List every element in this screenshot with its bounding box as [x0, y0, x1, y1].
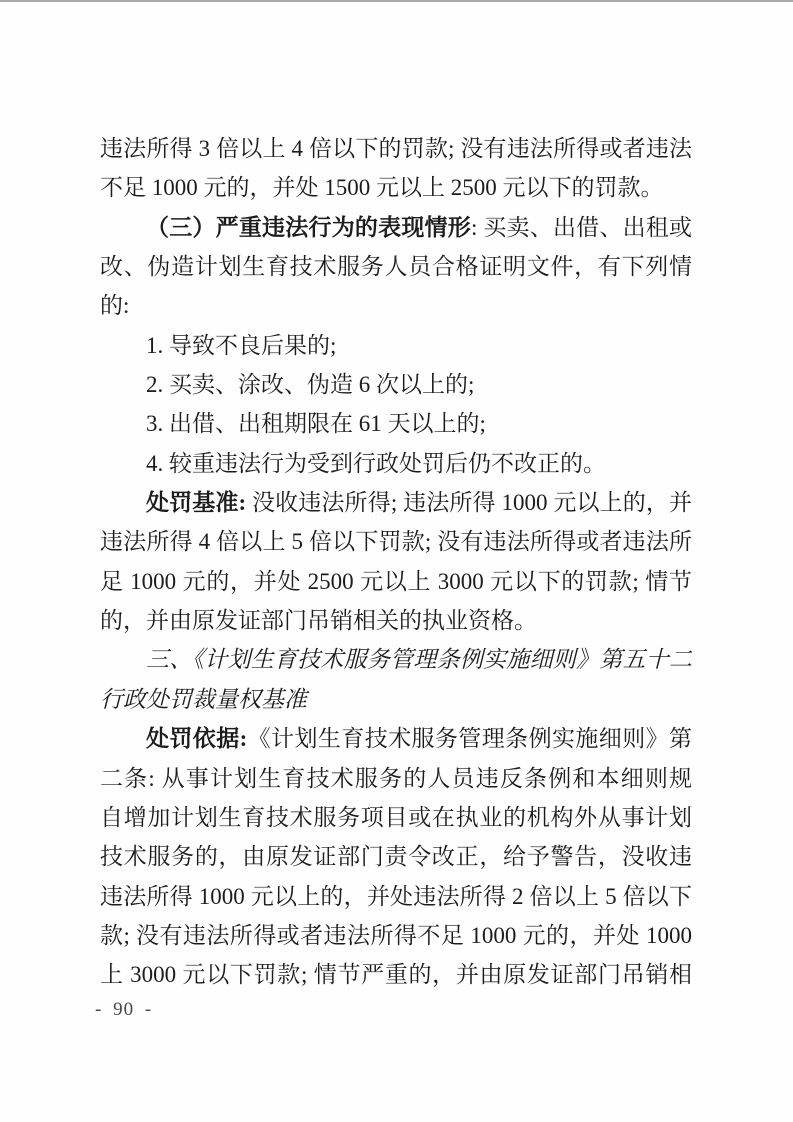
text-line: 的:: [100, 286, 692, 325]
text-segment: 2. 买卖、涂改、伪造 6 次以上的;: [146, 372, 474, 397]
text-line: 足 1000 元的，并处 2500 元以上 3000 元以下的罚款; 情节严重: [100, 562, 692, 601]
text-segment: 4. 较重违法行为受到行政处罚后仍不改正的。: [146, 451, 606, 476]
text-segment: 3. 出借、出租期限在 61 天以上的;: [146, 411, 486, 436]
text-line: 行政处罚裁量权基准: [100, 680, 692, 719]
text-segment: 款; 没有违法所得或者违法所得不足 1000 元的，并处 1000 元以: [100, 923, 692, 955]
text-line: 改、伪造计划生育技术服务人员合格证明文件，有下列情形之一: [100, 247, 692, 286]
text-segment: 技术服务的，由原发证部门责令改正，给予警告，没收违法所得;: [100, 844, 692, 876]
text-line: 技术服务的，由原发证部门责令改正，给予警告，没收违法所得;: [100, 837, 692, 876]
document-body: 违法所得 3 倍以上 4 倍以下的罚款; 没有违法所得或者违法所得不足 1000…: [100, 129, 692, 995]
text-line: 违法所得 4 倍以上 5 倍以下罚款; 没有违法所得或者违法所得不: [100, 522, 692, 561]
scan-edge-artifact: [0, 0, 793, 2]
text-line: 2. 买卖、涂改、伪造 6 次以上的;: [100, 365, 692, 404]
text-segment: 的，并由原发证部门吊销相关的执业资格。: [100, 608, 537, 633]
bold-text-segment: 处罚依据:: [146, 726, 247, 751]
text-line: （三）严重违法行为的表现情形: 买卖、出借、出租或者涂: [100, 208, 692, 247]
text-line: 上 3000 元以下罚款; 情节严重的，并由原发证部门吊销相关的: [100, 955, 692, 994]
text-segment: 改、伪造计划生育技术服务人员合格证明文件，有下列情形之一: [100, 254, 692, 286]
text-line: 三、《计划生育技术服务管理条例实施细则》第五十二条的: [100, 640, 692, 679]
bold-text-segment: （三）严重违法行为的表现情形: [146, 215, 471, 240]
text-segment: 足 1000 元的，并处 2500 元以上 3000 元以下的罚款; 情节严重: [100, 569, 692, 601]
text-line: 的，并由原发证部门吊销相关的执业资格。: [100, 601, 692, 640]
text-line: 款; 没有违法所得或者违法所得不足 1000 元的，并处 1000 元以: [100, 916, 692, 955]
text-line: 处罚依据:《计划生育技术服务管理条例实施细则》第五十: [100, 719, 692, 758]
text-line: 3. 出借、出租期限在 61 天以上的;: [100, 404, 692, 443]
text-segment: 违法所得 3 倍以上 4 倍以下的罚款; 没有违法所得或者违法所得: [100, 136, 692, 168]
text-line: 1. 导致不良后果的;: [100, 326, 692, 365]
text-segment: 的:: [100, 293, 129, 318]
text-line: 违法所得 3 倍以上 4 倍以下的罚款; 没有违法所得或者违法所得: [100, 129, 692, 168]
bold-text-segment: 处罚基准:: [146, 490, 246, 515]
text-line: 自增加计划生育技术服务项目或在执业的机构外从事计划生育: [100, 798, 692, 837]
document-page: 违法所得 3 倍以上 4 倍以下的罚款; 没有违法所得或者违法所得不足 1000…: [0, 0, 793, 1122]
text-segment: 二条: 从事计划生育技术服务的人员违反条例和本细则规定，擅: [100, 766, 692, 798]
text-segment: 上 3000 元以下罚款; 情节严重的，并由原发证部门吊销相关的: [100, 962, 692, 994]
text-line: 处罚基准: 没收违法所得; 违法所得 1000 元以上的，并处: [100, 483, 692, 522]
text-segment: 三、《计划生育技术服务管理条例实施细则》第五十二条的: [100, 647, 692, 679]
text-line: 4. 较重违法行为受到行政处罚后仍不改正的。: [100, 444, 692, 483]
text-segment: 不足 1000 元的，并处 1500 元以上 2500 元以下的罚款。: [100, 175, 664, 200]
text-segment: 自增加计划生育技术服务项目或在执业的机构外从事计划生育: [100, 805, 692, 837]
text-line: 违法所得 1000 元以上的，并处违法所得 2 倍以上 5 倍以下的罚: [100, 877, 692, 916]
text-segment: 1. 导致不良后果的;: [146, 333, 336, 358]
page-number: - 90 -: [95, 999, 152, 1021]
text-line: 不足 1000 元的，并处 1500 元以上 2500 元以下的罚款。: [100, 168, 692, 207]
text-line: 二条: 从事计划生育技术服务的人员违反条例和本细则规定，擅: [100, 759, 692, 798]
text-segment: 行政处罚裁量权基准: [100, 687, 307, 712]
text-segment: 违法所得 1000 元以上的，并处违法所得 2 倍以上 5 倍以下的罚: [100, 884, 692, 916]
text-segment: 违法所得 4 倍以上 5 倍以下罚款; 没有违法所得或者违法所得不: [100, 529, 692, 561]
